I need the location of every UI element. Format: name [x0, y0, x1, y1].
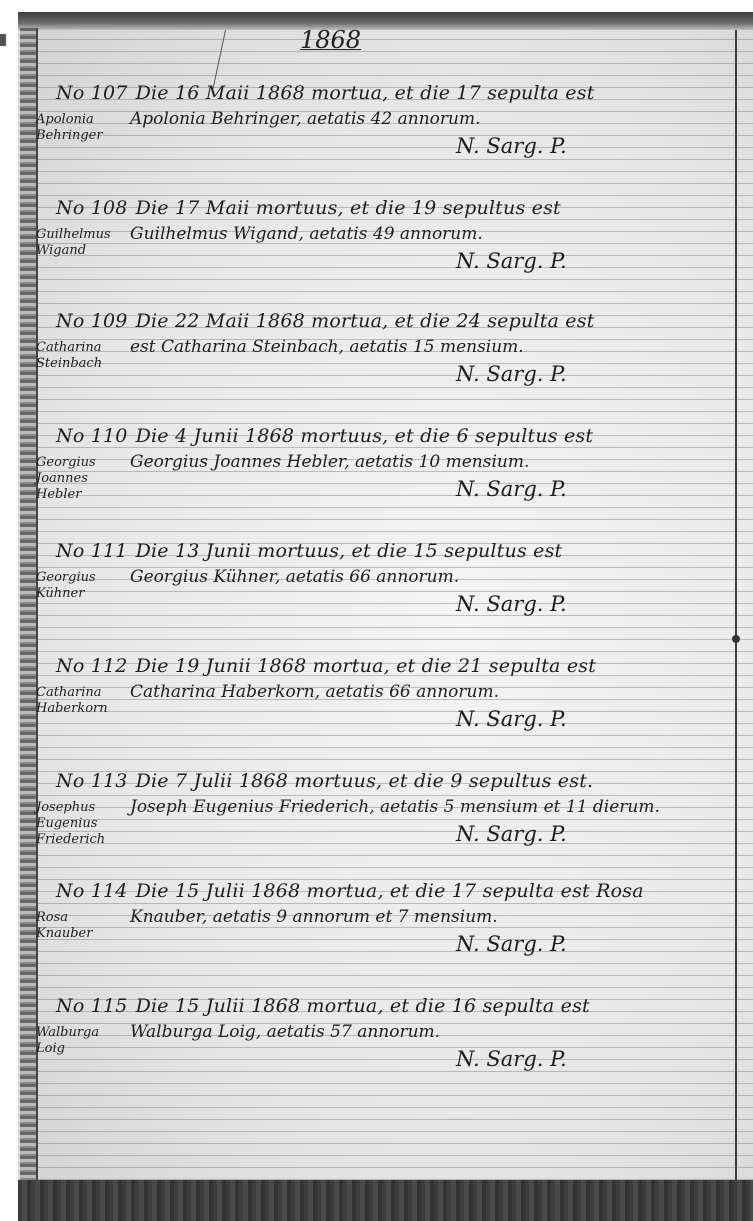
- entry-name-age-line: Guilhelmus Wigand, aetatis 49 annorum.: [130, 224, 483, 244]
- entry-date-line: No 112Die 19 Junii 1868 mortua, et die 2…: [56, 655, 596, 677]
- priest-signature: N. Sarg. P.: [456, 249, 567, 273]
- priest-signature: N. Sarg. P.: [456, 707, 567, 731]
- entry-number: No 110: [56, 425, 128, 447]
- entry-number: No 107: [56, 82, 128, 104]
- scan-top-shadow: [18, 12, 753, 30]
- margin-name: Josephus Eugenius Friederich: [36, 800, 120, 848]
- scan-bottom-shadow: [18, 1180, 753, 1221]
- margin-name: Catharina Haberkorn: [36, 685, 120, 717]
- burial-entry: No 109Die 22 Maii 1868 mortua, et die 24…: [36, 310, 726, 410]
- margin-name: Walburga Loig: [36, 1025, 120, 1057]
- entry-number: No 111: [56, 540, 128, 562]
- entry-death-burial-dates: Die 7 Julii 1868 mortuus, et die 9 sepul…: [136, 770, 594, 792]
- binding-hole: [732, 635, 740, 643]
- entry-number: No 109: [56, 310, 128, 332]
- margin-name: Apolonia Behringer: [36, 112, 120, 144]
- priest-signature: N. Sarg. P.: [456, 932, 567, 956]
- entry-date-line: No 114Die 15 Julii 1868 mortua, et die 1…: [56, 880, 644, 902]
- priest-signature: N. Sarg. P.: [456, 134, 567, 158]
- entry-name-age-line: Catharina Haberkorn, aetatis 66 annorum.: [130, 682, 499, 702]
- year-heading: 1868: [300, 26, 361, 54]
- entry-name-age-line: Georgius Joannes Hebler, aetatis 10 mens…: [130, 452, 529, 472]
- page-binding: [20, 28, 36, 1221]
- margin-name: Catharina Steinbach: [36, 340, 120, 372]
- priest-signature: N. Sarg. P.: [456, 477, 567, 501]
- entry-name-age-line: Walburga Loig, aetatis 57 annorum.: [130, 1022, 440, 1042]
- entry-date-line: No 115Die 15 Julii 1868 mortua, et die 1…: [56, 995, 590, 1017]
- entry-number: No 115: [56, 995, 128, 1017]
- entry-death-burial-dates: Die 16 Maii 1868 mortua, et die 17 sepul…: [136, 82, 595, 104]
- entry-number: No 112: [56, 655, 128, 677]
- priest-signature: N. Sarg. P.: [456, 1047, 567, 1071]
- entry-date-line: No 109Die 22 Maii 1868 mortua, et die 24…: [56, 310, 595, 332]
- margin-name: Georgius Joannes Hebler: [36, 455, 120, 503]
- entry-death-burial-dates: Die 15 Julii 1868 mortua, et die 17 sepu…: [136, 880, 644, 902]
- burial-entry: No 111Die 13 Junii mortuus, et die 15 se…: [36, 540, 726, 640]
- entry-name-age-line: Georgius Kühner, aetatis 66 annorum.: [130, 567, 459, 587]
- margin-name: Rosa Knauber: [36, 910, 120, 942]
- priest-signature: N. Sarg. P.: [456, 362, 567, 386]
- entry-date-line: No 108Die 17 Maii mortuus, et die 19 sep…: [56, 197, 561, 219]
- entry-death-burial-dates: Die 15 Julii 1868 mortua, et die 16 sepu…: [136, 995, 590, 1017]
- entry-number: No 108: [56, 197, 128, 219]
- priest-signature: N. Sarg. P.: [456, 592, 567, 616]
- entry-date-line: No 113Die 7 Julii 1868 mortuus, et die 9…: [56, 770, 593, 792]
- margin-name: Guilhelmus Wigand: [36, 227, 120, 259]
- entry-death-burial-dates: Die 13 Junii mortuus, et die 15 sepultus…: [136, 540, 563, 562]
- entry-death-burial-dates: Die 4 Junii 1868 mortuus, et die 6 sepul…: [136, 425, 594, 447]
- priest-signature: N. Sarg. P.: [456, 822, 567, 846]
- entry-number: No 114: [56, 880, 128, 902]
- entry-death-burial-dates: Die 19 Junii 1868 mortua, et die 21 sepu…: [136, 655, 596, 677]
- entry-date-line: No 110Die 4 Junii 1868 mortuus, et die 6…: [56, 425, 593, 447]
- entry-death-burial-dates: Die 17 Maii mortuus, et die 19 sepultus …: [136, 197, 561, 219]
- entry-date-line: No 111Die 13 Junii mortuus, et die 15 se…: [56, 540, 562, 562]
- burial-entry: No 107Die 16 Maii 1868 mortua, et die 17…: [36, 82, 726, 182]
- entry-date-line: No 107Die 16 Maii 1868 mortua, et die 17…: [56, 82, 595, 104]
- entry-number: No 113: [56, 770, 128, 792]
- burial-entry: No 114Die 15 Julii 1868 mortua, et die 1…: [36, 880, 726, 980]
- entry-name-age-line: est Catharina Steinbach, aetatis 15 mens…: [130, 337, 524, 357]
- entry-name-age-line: Apolonia Behringer, aetatis 42 annorum.: [130, 109, 480, 129]
- burial-entry: No 115Die 15 Julii 1868 mortua, et die 1…: [36, 995, 726, 1095]
- margin-name: Georgius Kühner: [36, 570, 120, 602]
- burial-entry: No 108Die 17 Maii mortuus, et die 19 sep…: [36, 197, 726, 297]
- entry-name-age-line: Knauber, aetatis 9 annorum et 7 mensium.: [130, 907, 498, 927]
- burial-entry: No 113Die 7 Julii 1868 mortuus, et die 9…: [36, 770, 726, 870]
- scan-edge-mark: [0, 34, 6, 46]
- burial-entry: No 112Die 19 Junii 1868 mortua, et die 2…: [36, 655, 726, 755]
- right-margin-rule: [735, 30, 737, 1200]
- burial-entry: No 110Die 4 Junii 1868 mortuus, et die 6…: [36, 425, 726, 525]
- entry-death-burial-dates: Die 22 Maii 1868 mortua, et die 24 sepul…: [136, 310, 595, 332]
- entry-name-age-line: Joseph Eugenius Friederich, aetatis 5 me…: [130, 797, 660, 817]
